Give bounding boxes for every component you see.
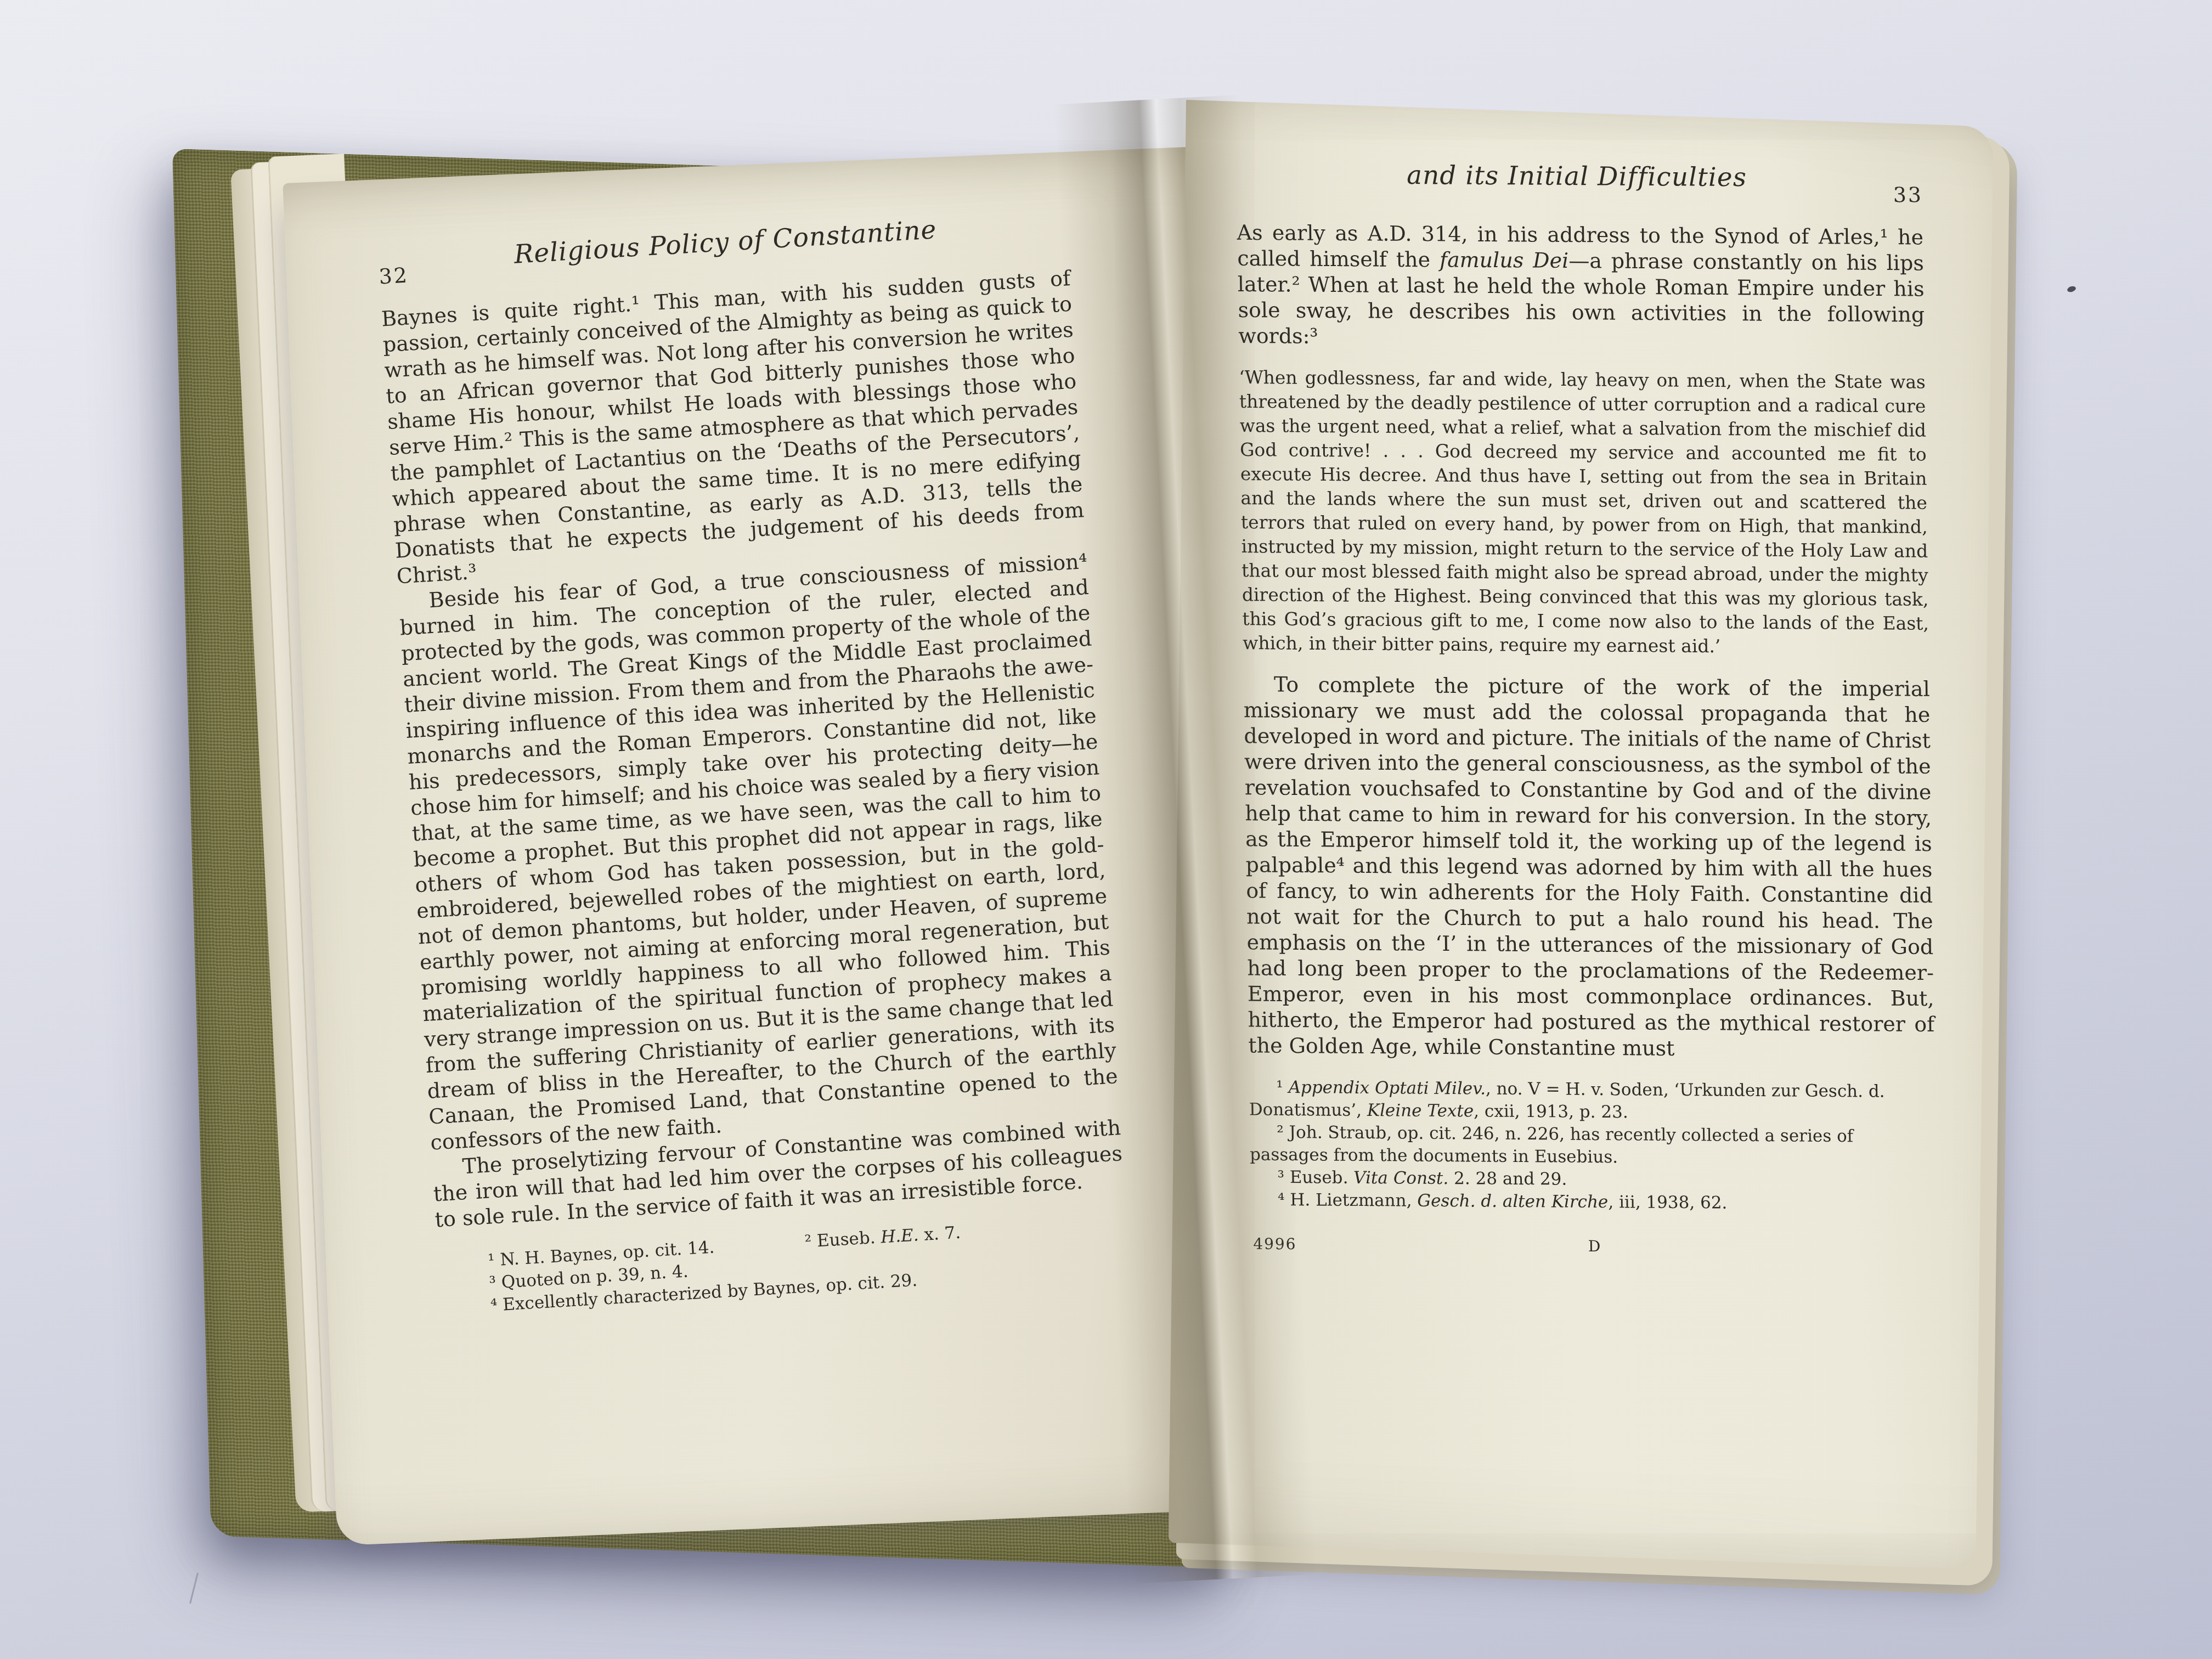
left-page: 32 Religious Policy of Constantine Bayne… (283, 147, 1242, 1545)
dust-speck (2067, 285, 2076, 293)
paragraph: Beside his fear of God, a true conscious… (397, 549, 1120, 1156)
paragraph: As early as A.D. 314, in his address to … (1237, 220, 1925, 354)
signature-letter: D (1588, 1233, 1601, 1259)
paragraph: Baynes is quite right.¹ This man, with h… (381, 266, 1086, 590)
left-page-text: 32 Religious Policy of Constantine Bayne… (377, 209, 1130, 1320)
right-page-text: and its Initial Difficulties 33 As early… (1236, 161, 1938, 1260)
page-number: 33 (1840, 165, 1923, 208)
footnotes: ¹ N. H. Baynes, op. cit. 14. ² Euseb. H.… (437, 1212, 1130, 1320)
page-number: 32 (377, 246, 445, 290)
running-head: and its Initial Difficulties (1236, 161, 1841, 191)
running-head: Religious Policy of Constantine (443, 209, 1068, 272)
right-page-header: and its Initial Difficulties 33 (1236, 161, 1923, 208)
footnote: ¹ Appendix Optati Milev., no. V = H. v. … (1249, 1076, 1936, 1126)
right-page: and its Initial Difficulties 33 As early… (1169, 100, 1994, 1570)
footnote: ² Joh. Straub, op. cit. 246, n. 226, has… (1249, 1121, 1937, 1171)
footnote: ⁴ H. Lietzmann, Gesch. d. alten Kirche, … (1250, 1189, 1937, 1216)
block-quote: ‘When godlessness, far and wide, lay hea… (1239, 365, 1929, 660)
open-book: 32 Religious Policy of Constantine Bayne… (165, 77, 1975, 1602)
signature-line: 4996 D (1251, 1231, 1938, 1260)
footnotes: ¹ Appendix Optati Milev., no. V = H. v. … (1249, 1076, 1937, 1216)
signature-number: 4996 (1253, 1231, 1297, 1257)
paragraph: To complete the picture of the work of t… (1243, 672, 1935, 1063)
